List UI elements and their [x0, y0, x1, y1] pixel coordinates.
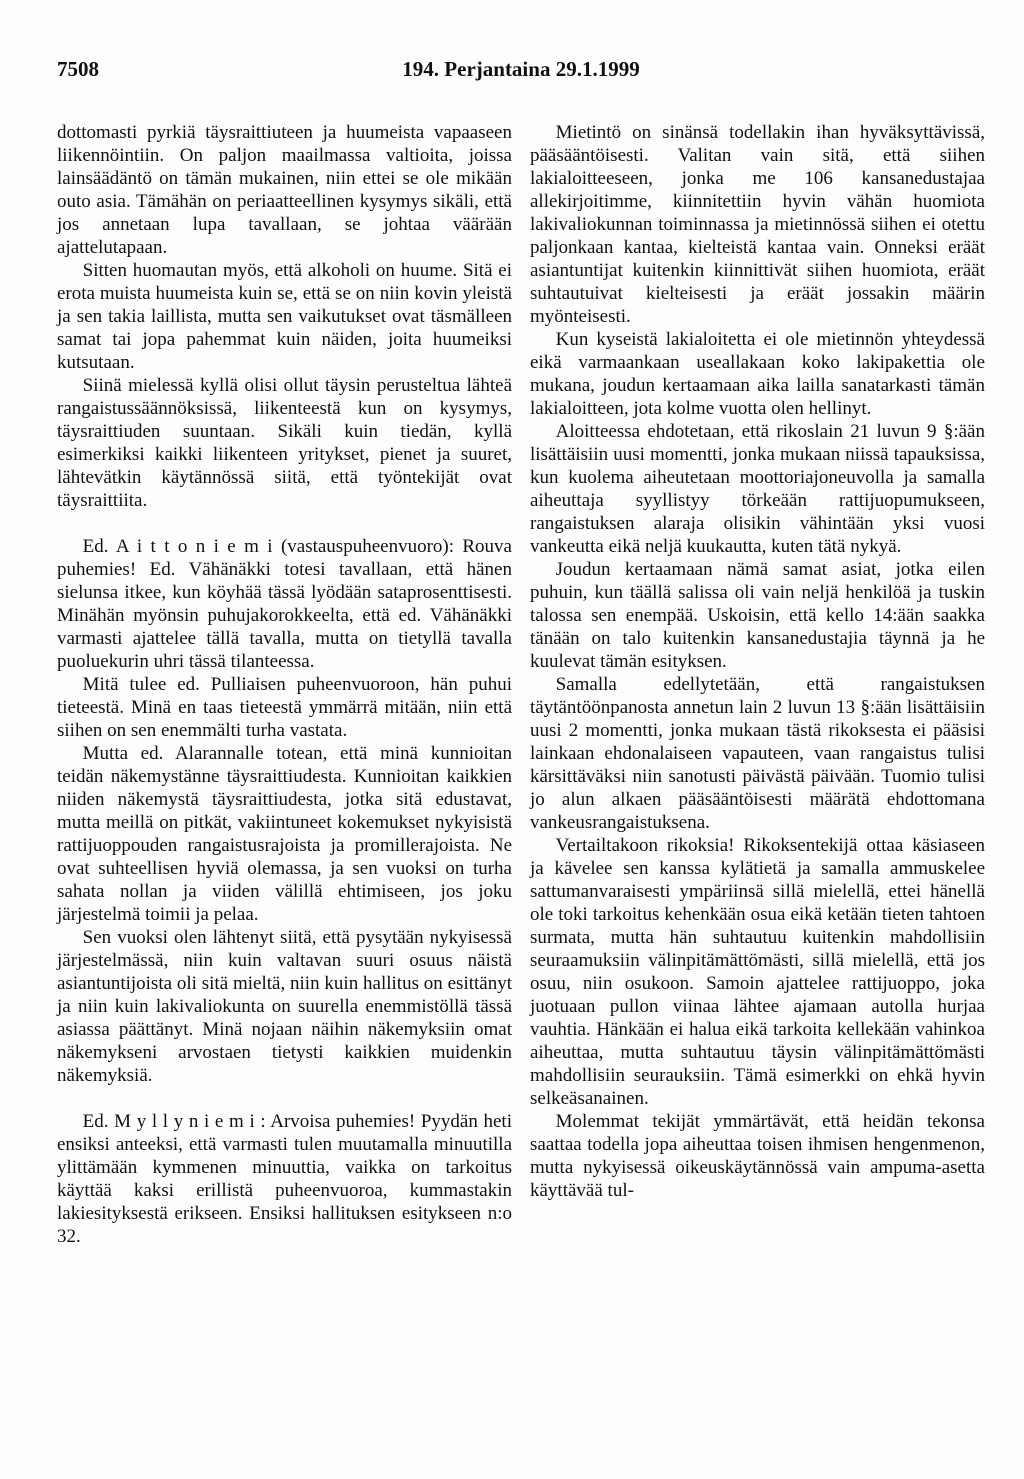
paragraph: Mietintö on sinänsä todellakin ihan hyvä…	[530, 121, 985, 328]
paragraph: Sitten huomautan myös, että alkoholi on …	[57, 259, 512, 374]
paragraph: Sen vuoksi olen lähtenyt siitä, että pys…	[57, 926, 512, 1087]
speech-paragraph-aittoniemi: Ed. A i t t o n i e m i (vastauspuheenvu…	[57, 535, 512, 673]
paragraph-continuation: dottomasti pyrkiä täysraittiuteen ja huu…	[57, 121, 512, 259]
paragraph: Joudun kertaamaan nämä samat asiat, jotk…	[530, 558, 985, 673]
text-columns: dottomasti pyrkiä täysraittiuteen ja huu…	[57, 121, 985, 1248]
right-column: Mietintö on sinänsä todellakin ihan hyvä…	[530, 121, 985, 1248]
paragraph: Kun kyseistä lakialoitetta ei ole mietin…	[530, 328, 985, 420]
document-page: 7508 194. Perjantaina 29.1.1999 dottomas…	[0, 0, 1024, 1479]
paragraph: Molemmat tekijät ymmärtävät, että heidän…	[530, 1110, 985, 1202]
paragraph: Mutta ed. Alarannalle totean, että minä …	[57, 742, 512, 926]
paragraph: Aloitteessa ehdotetaan, että rikoslain 2…	[530, 420, 985, 558]
paragraph: Samalla edellytetään, että rangaistuksen…	[530, 673, 985, 834]
paragraph: Siinä mielessä kyllä olisi ollut täysin …	[57, 374, 512, 512]
page-header: 7508 194. Perjantaina 29.1.1999	[57, 57, 985, 83]
paragraph: Mitä tulee ed. Pulliaisen puheenvuoroon,…	[57, 673, 512, 742]
speech-paragraph-myllyniemi: Ed. M y l l y n i e m i : Arvoisa puhemi…	[57, 1110, 512, 1248]
left-column: dottomasti pyrkiä täysraittiuteen ja huu…	[57, 121, 512, 1248]
session-title: 194. Perjantaina 29.1.1999	[57, 57, 985, 81]
paragraph: Vertailtakoon rikoksia! Rikoksentekijä o…	[530, 834, 985, 1110]
